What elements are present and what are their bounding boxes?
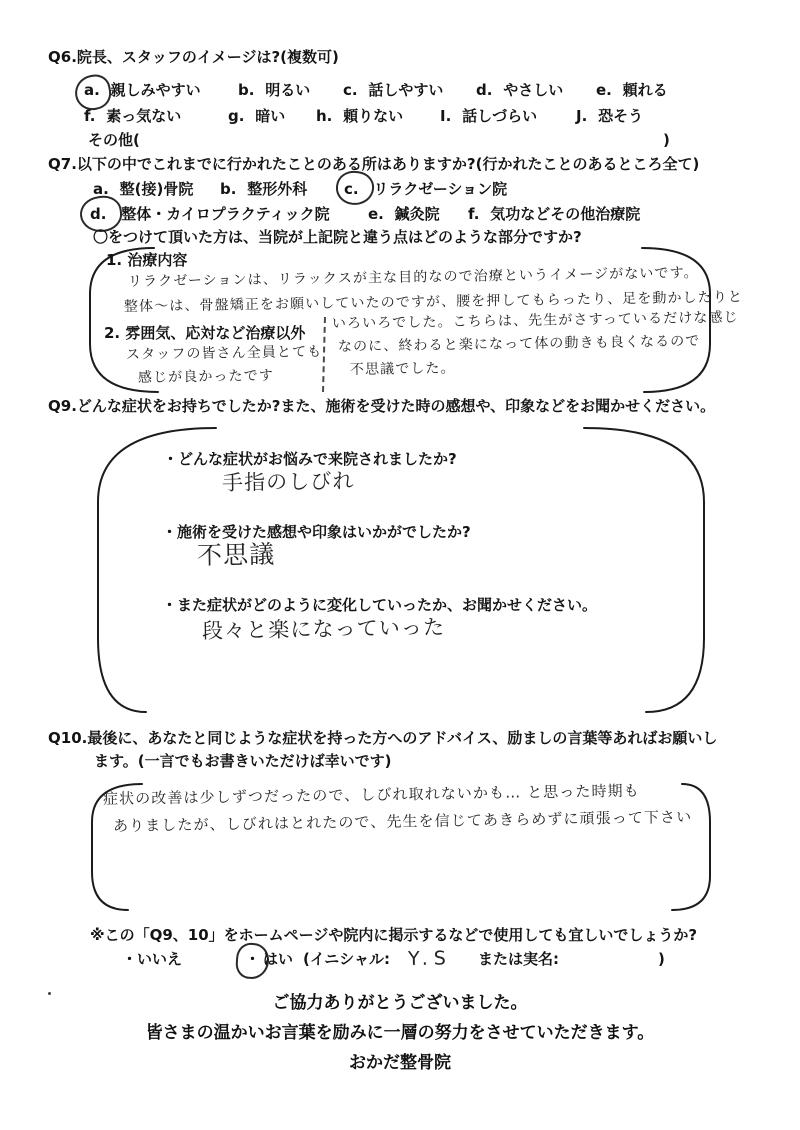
- q7-option-d-label: 整体・カイロプラクティック院: [121, 205, 329, 223]
- q6-option-g-key: g.: [228, 107, 244, 125]
- q7-option-c: c. リラクゼーション院: [344, 180, 507, 199]
- q6-option-j-key: J.: [576, 107, 587, 125]
- q6-option-e-label: 頼れる: [623, 81, 668, 99]
- q6-option-d-label: やさしい: [503, 81, 563, 99]
- q10-heading-line2: ます。(一言でもお書きいただけば幸いです): [94, 752, 392, 771]
- q9-answer1: 手指のしびれ: [222, 468, 355, 496]
- q7-heading: Q7.以下の中でこれまでに行かれたことのある所はありますか?(行かれたことのある…: [48, 155, 699, 174]
- q6-option-f-label: 素っ気ない: [106, 107, 181, 125]
- q6-option-d: d. やさしい: [476, 81, 563, 100]
- q6-option-e-key: e.: [596, 81, 612, 99]
- q6-option-i: I. 話しづらい: [440, 107, 537, 126]
- q6-option-d-key: d.: [476, 81, 492, 99]
- q7-option-b: b. 整形外科: [220, 180, 307, 199]
- q9-answer3: 段々と楽になっていった: [202, 614, 445, 644]
- q7-option-d: d. 整体・カイロプラクティック院: [90, 205, 330, 224]
- q7-option-f-label: 気功などその他治療院: [490, 205, 640, 223]
- q6-option-g: g. 暗い: [228, 107, 285, 126]
- q9-answer-box-right-bracket: [584, 428, 704, 712]
- q10-heading-line1: Q10.最後に、あなたと同じような症状を持った方へのアドバイス、励ましの言葉等あ…: [48, 729, 717, 748]
- q6-option-f: f. 素っ気ない: [84, 107, 181, 126]
- q6-heading: Q6.院長、スタッフのイメージは?(複数可): [48, 48, 339, 67]
- q6-option-h-key: h.: [316, 107, 332, 125]
- q9-prompt1: ・どんな症状がお悩みで来院されましたか?: [163, 450, 457, 469]
- q6-other-label: その他(: [88, 131, 140, 150]
- q7-option-c-key: c.: [344, 180, 359, 198]
- q6-option-i-label: 話しづらい: [462, 107, 537, 125]
- q6-option-c-label: 話しやすい: [368, 81, 443, 99]
- q7-option-b-key: b.: [220, 180, 236, 198]
- q7-answer-hw-left1: スタッフの皆さん全員とても: [126, 344, 323, 365]
- q6-option-h-label: 頼りない: [343, 107, 403, 125]
- q6-option-c: c. 話しやすい: [343, 81, 443, 100]
- q9-answer2: 不思議: [197, 539, 276, 571]
- consent-initial-label: (イニシャル:: [303, 950, 390, 969]
- q6-option-g-label: 暗い: [255, 107, 285, 125]
- q6-option-a-key: a.: [84, 81, 100, 99]
- q6-option-b: b. 明るい: [238, 81, 310, 100]
- q9-prompt3: ・また症状がどのように変化していったか、お聞かせください。: [162, 596, 597, 615]
- q10-answer-box-right-bracket: [672, 784, 710, 910]
- q6-option-f-key: f.: [84, 107, 95, 125]
- consent-yes-bullet: ・: [245, 950, 260, 969]
- consent-close-paren: ): [658, 950, 665, 969]
- questionnaire-page: Q6.院長、スタッフのイメージは?(複数可) a. 親しみやすい b. 明るい …: [0, 0, 800, 1130]
- footer-thanks-line2: 皆さまの温かいお言葉を励みに一層の努力をさせていただきます。: [0, 1018, 800, 1043]
- q6-option-c-key: c.: [343, 81, 358, 99]
- consent-realname-label: または実名:: [478, 950, 559, 969]
- q7-answer-hw-right3: 不思議でした。: [350, 360, 456, 379]
- q6-option-a: a. 親しみやすい: [84, 81, 201, 100]
- q6-other-close-paren: ): [663, 131, 670, 150]
- q7-option-f-key: f.: [468, 205, 479, 223]
- q6-option-j: J. 恐そう: [576, 107, 643, 126]
- q7-option-e: e. 鍼灸院: [368, 205, 440, 224]
- q7-option-e-label: 鍼灸院: [395, 205, 440, 223]
- q7-option-a-label: 整(接)骨院: [120, 180, 194, 198]
- q6-option-j-label: 恐そう: [598, 107, 643, 125]
- q6-option-i-key: I.: [440, 107, 451, 125]
- q7-answer-item1-title: 1. 治療内容: [106, 251, 187, 270]
- q7-option-e-key: e.: [368, 205, 384, 223]
- q6-option-a-label: 親しみやすい: [111, 81, 201, 99]
- q7-option-b-label: 整形外科: [247, 180, 307, 198]
- q6-option-h: h. 頼りない: [316, 107, 403, 126]
- q7-option-d-key: d.: [90, 205, 106, 223]
- consent-option-yes: はい: [263, 950, 293, 969]
- consent-option-no: ・いいえ: [122, 950, 182, 969]
- q7-option-c-label: リラクゼーション院: [373, 180, 507, 198]
- q7-answer-item2-title: 2. 雰囲気、応対など治療以外: [104, 324, 305, 343]
- q6-option-e: e. 頼れる: [596, 81, 668, 100]
- consent-initial-value: Y.S: [408, 947, 452, 971]
- footer-thanks-line1: ご協力ありがとうございました。: [0, 988, 800, 1013]
- q7-answer-hw-left2: 感じが良かったです: [138, 368, 274, 388]
- q6-option-b-label: 明るい: [265, 81, 310, 99]
- q6-option-b-key: b.: [238, 81, 254, 99]
- clinic-name: おかだ整骨院: [0, 1048, 800, 1073]
- q9-heading: Q9.どんな症状をお持ちでしたか?また、施術を受けた時の感想や、印象などをお聞か…: [48, 397, 715, 416]
- consent-question: ※この「Q9、10」をホームページや院内に掲示するなどで使用しても宜しいでしょう…: [90, 926, 697, 945]
- q7-option-f: f. 気功などその他治療院: [468, 205, 640, 224]
